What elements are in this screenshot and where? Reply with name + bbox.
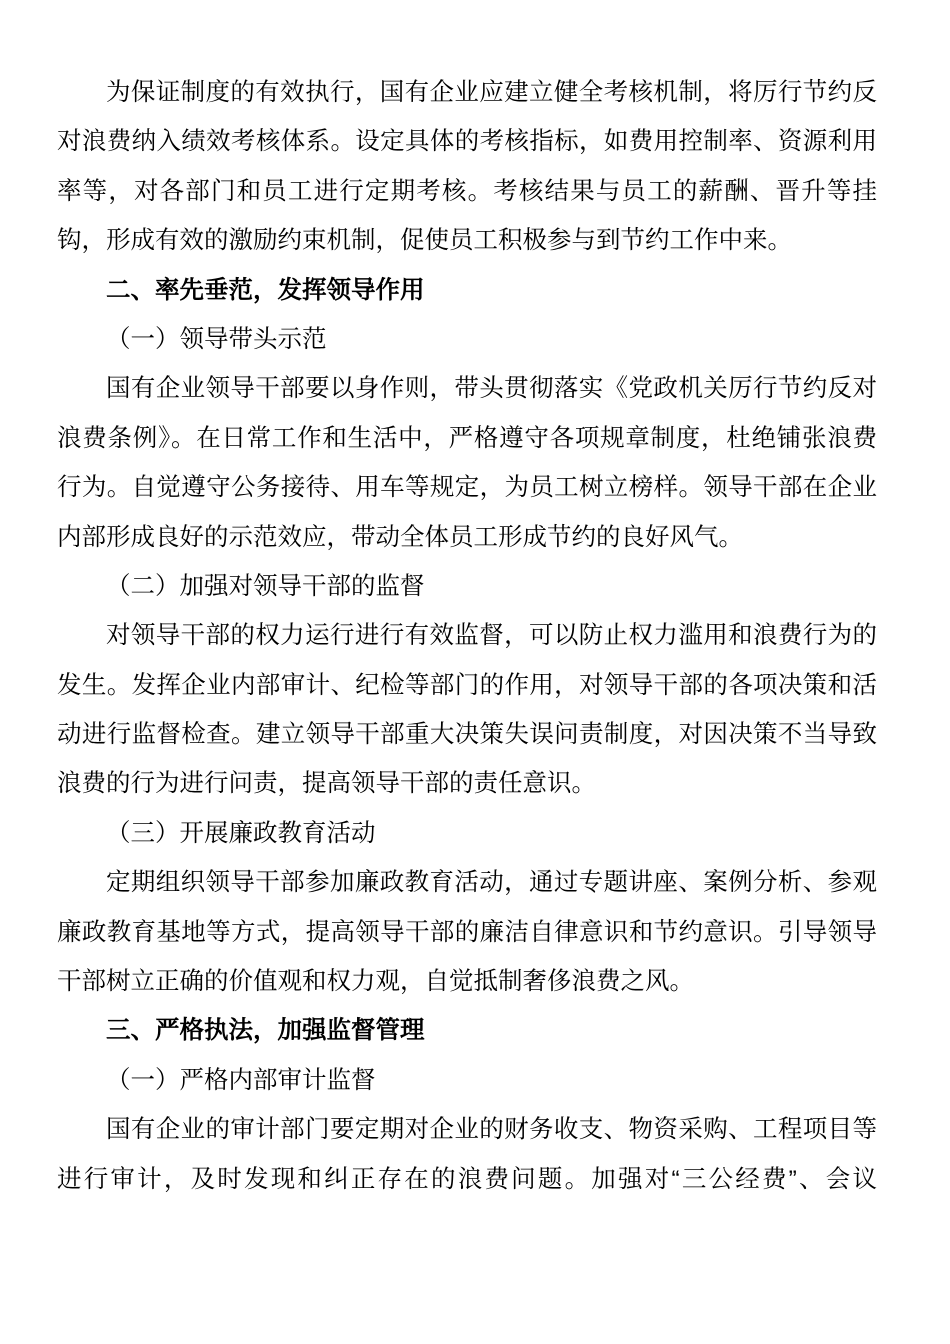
text-line: （一）严格内部审计监督 bbox=[57, 1056, 877, 1105]
text-line: 对浪费纳入绩效考核体系。设定具体的考核指标，如费用控制率、资源利用 bbox=[57, 117, 877, 166]
text-line: 浪费的行为进行问责，提高领导干部的责任意识。 bbox=[57, 759, 877, 808]
text-line: 定期组织领导干部参加廉政教育活动，通过专题讲座、案例分析、参观 bbox=[57, 858, 877, 907]
text-line: 进行审计，及时发现和纠正存在的浪费问题。加强对“三公经费”、会议 bbox=[57, 1155, 877, 1204]
document-body: 为保证制度的有效执行，国有企业应建立健全考核机制，将厉行节约反对浪费纳入绩效考核… bbox=[57, 68, 877, 1204]
text-line: 国有企业领导干部要以身作则，带头贯彻落实《党政机关厉行节约反对 bbox=[57, 364, 877, 413]
text-line: （三）开展廉政教育活动 bbox=[57, 809, 877, 858]
text-line: 廉政教育基地等方式，提高领导干部的廉洁自律意识和节约意识。引导领导 bbox=[57, 908, 877, 957]
text-line: 干部树立正确的价值观和权力观，自觉抵制奢侈浪费之风。 bbox=[57, 957, 877, 1006]
text-line: 为保证制度的有效执行，国有企业应建立健全考核机制，将厉行节约反 bbox=[57, 68, 877, 117]
document-page: 为保证制度的有效执行，国有企业应建立健全考核机制，将厉行节约反对浪费纳入绩效考核… bbox=[0, 0, 950, 1344]
text-line: 动进行监督检查。建立领导干部重大决策失误问责制度，对因决策不当导致 bbox=[57, 710, 877, 759]
text-line: 内部形成良好的示范效应，带动全体员工形成节约的良好风气。 bbox=[57, 513, 877, 562]
text-line: （一）领导带头示范 bbox=[57, 315, 877, 364]
text-line: 浪费条例》。在日常工作和生活中，严格遵守各项规章制度，杜绝铺张浪费 bbox=[57, 414, 877, 463]
heading-line: 二、率先垂范，发挥领导作用 bbox=[57, 266, 877, 315]
text-line: 行为。自觉遵守公务接待、用车等规定，为员工树立榜样。领导干部在企业 bbox=[57, 463, 877, 512]
text-line: 对领导干部的权力运行进行有效监督，可以防止权力滥用和浪费行为的 bbox=[57, 611, 877, 660]
text-line: 钩，形成有效的激励约束机制，促使员工积极参与到节约工作中来。 bbox=[57, 216, 877, 265]
text-line: 发生。发挥企业内部审计、纪检等部门的作用，对领导干部的各项决策和活 bbox=[57, 661, 877, 710]
text-line: （二）加强对领导干部的监督 bbox=[57, 562, 877, 611]
text-line: 率等，对各部门和员工进行定期考核。考核结果与员工的薪酬、晋升等挂 bbox=[57, 167, 877, 216]
text-line: 国有企业的审计部门要定期对企业的财务收支、物资采购、工程项目等 bbox=[57, 1105, 877, 1154]
heading-line: 三、严格执法，加强监督管理 bbox=[57, 1006, 877, 1055]
